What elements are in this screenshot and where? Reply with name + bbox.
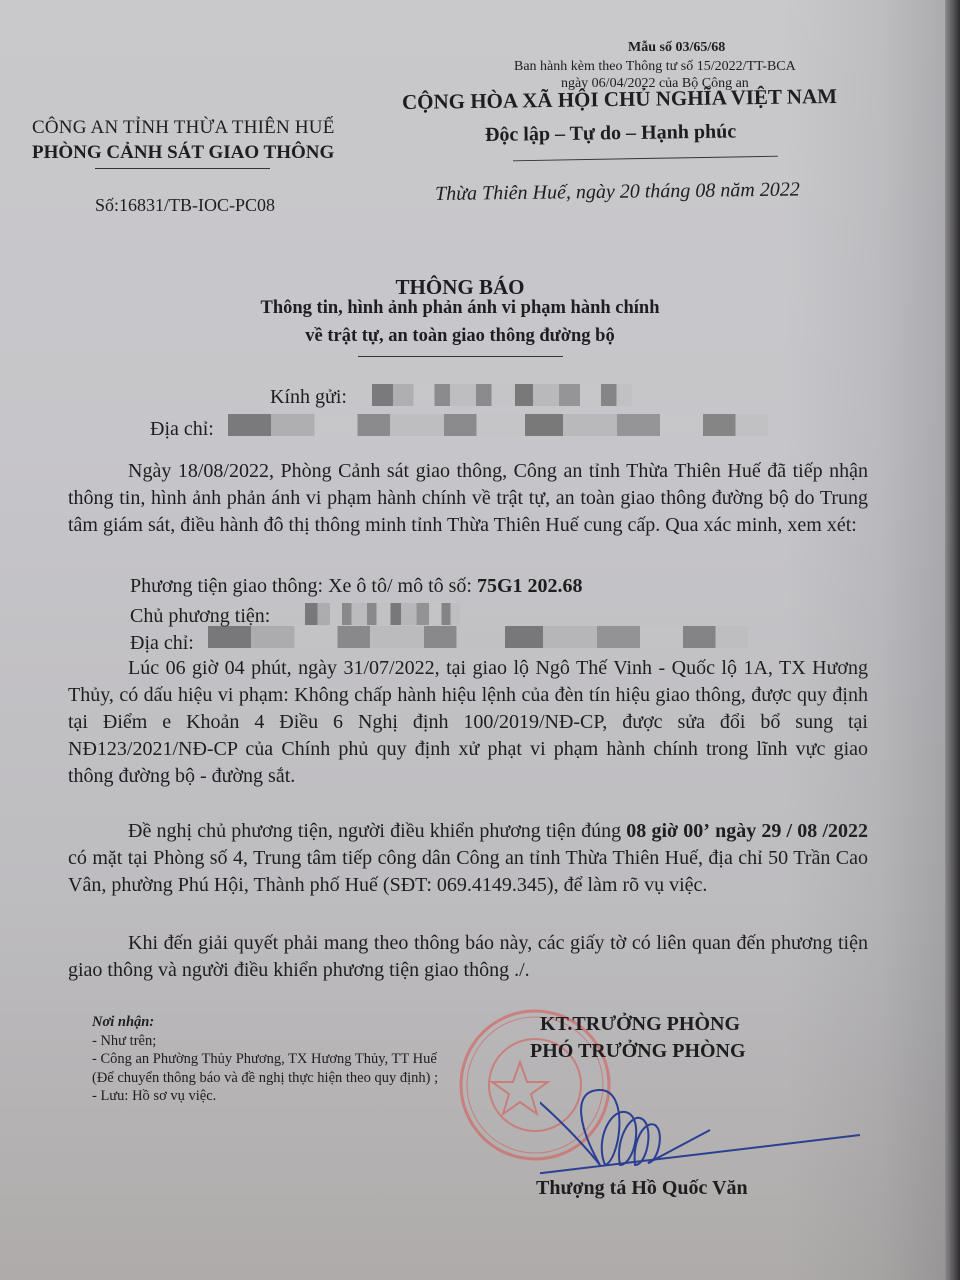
request-time: 08 giờ 00’ — [626, 820, 710, 842]
page-edge-shadow — [945, 0, 960, 1280]
agency-parent: CÔNG AN TỈNH THỪA THIÊN HUẾ — [32, 117, 335, 139]
vehicle-label: Phương tiện giao thông: Xe ô tô/ mô tô s… — [130, 575, 472, 597]
vehicle-plate: 75G1 202.68 — [477, 575, 583, 597]
form-issuance-line1: Ban hành kèm theo Thông tư số 15/2022/TT… — [514, 58, 796, 75]
recipient-item: - Công an Phường Thủy Phương, TX Hương T… — [92, 1050, 447, 1087]
owner-address-label: Địa chỉ: — [130, 632, 194, 655]
owner-label: Chủ phương tiện: — [130, 605, 270, 628]
closing-text: Khi đến giải quyết phải mang theo thông … — [68, 930, 868, 984]
violation-text: Lúc 06 giờ 04 phút, ngày 31/07/2022, tại… — [68, 655, 868, 790]
recipient-item: - Lưu: Hồ sơ vụ việc. — [92, 1087, 447, 1106]
signature-title-2: PHÓ TRƯỞNG PHÒNG — [530, 1040, 746, 1063]
signature-title-1: KT.TRƯỞNG PHÒNG — [540, 1013, 740, 1036]
owner-address-redacted — [208, 626, 748, 648]
document-page: Mẫu số 03/65/68 Ban hành kèm theo Thông … — [0, 0, 945, 1280]
vehicle-line: Phương tiện giao thông: Xe ô tô/ mô tô s… — [130, 575, 583, 598]
motto-divider — [513, 156, 778, 162]
country-name: CỘNG HÒA XÃ HỘI CHỦ NGHĨA VIỆT NAM — [402, 84, 837, 115]
closing-paragraph: Khi đến giải quyết phải mang theo thông … — [68, 930, 868, 984]
recipients-heading: Nơi nhận: — [92, 1013, 447, 1032]
document-subtitle-1: Thông tin, hình ảnh phản ánh vi phạm hàn… — [0, 298, 920, 319]
request-paragraph: Đề nghị chủ phương tiện, người điều khiể… — [68, 818, 868, 899]
addressee-label: Kính gửi: — [270, 386, 347, 409]
agency-department: PHÒNG CẢNH SÁT GIAO THÔNG — [32, 142, 334, 164]
violation-paragraph: Lúc 06 giờ 04 phút, ngày 31/07/2022, tại… — [68, 655, 868, 790]
addressee-redacted — [372, 384, 632, 406]
title-divider — [358, 356, 563, 357]
recipient-item: - Như trên; — [92, 1032, 447, 1051]
national-motto: Độc lập – Tự do – Hạnh phúc — [485, 120, 736, 147]
request-date: 29 / 08 /2022 — [761, 820, 868, 842]
owner-redacted — [305, 603, 460, 625]
addressee-address-redacted — [228, 414, 768, 436]
addressee-address-label: Địa chỉ: — [150, 418, 214, 441]
request-text: Đề nghị chủ phương tiện, người điều khiể… — [68, 818, 868, 899]
handwritten-signature-icon — [540, 1070, 870, 1180]
intro-text: Ngày 18/08/2022, Phòng Cảnh sát giao thô… — [68, 458, 868, 539]
form-number: Mẫu số 03/65/68 — [628, 40, 725, 56]
place-date: Thừa Thiên Huế, ngày 20 tháng 08 năm 202… — [435, 179, 800, 206]
recipients-block: Nơi nhận: - Như trên; - Công an Phường T… — [92, 1013, 447, 1106]
request-prefix: Đề nghị chủ phương tiện, người điều khiể… — [128, 820, 621, 842]
signer-name: Thượng tá Hồ Quốc Văn — [536, 1177, 748, 1200]
document-number: Số:16831/TB-IOC-PC08 — [95, 195, 275, 216]
request-day-label: ngày — [715, 820, 756, 842]
document-title: THÔNG BÁO — [0, 275, 920, 300]
request-rest: có mặt tại Phòng số 4, Trung tâm tiếp cô… — [68, 847, 868, 896]
document-subtitle-2: về trật tự, an toàn giao thông đường bộ — [0, 326, 920, 347]
intro-paragraph: Ngày 18/08/2022, Phòng Cảnh sát giao thô… — [68, 458, 868, 539]
agency-divider — [95, 168, 270, 169]
